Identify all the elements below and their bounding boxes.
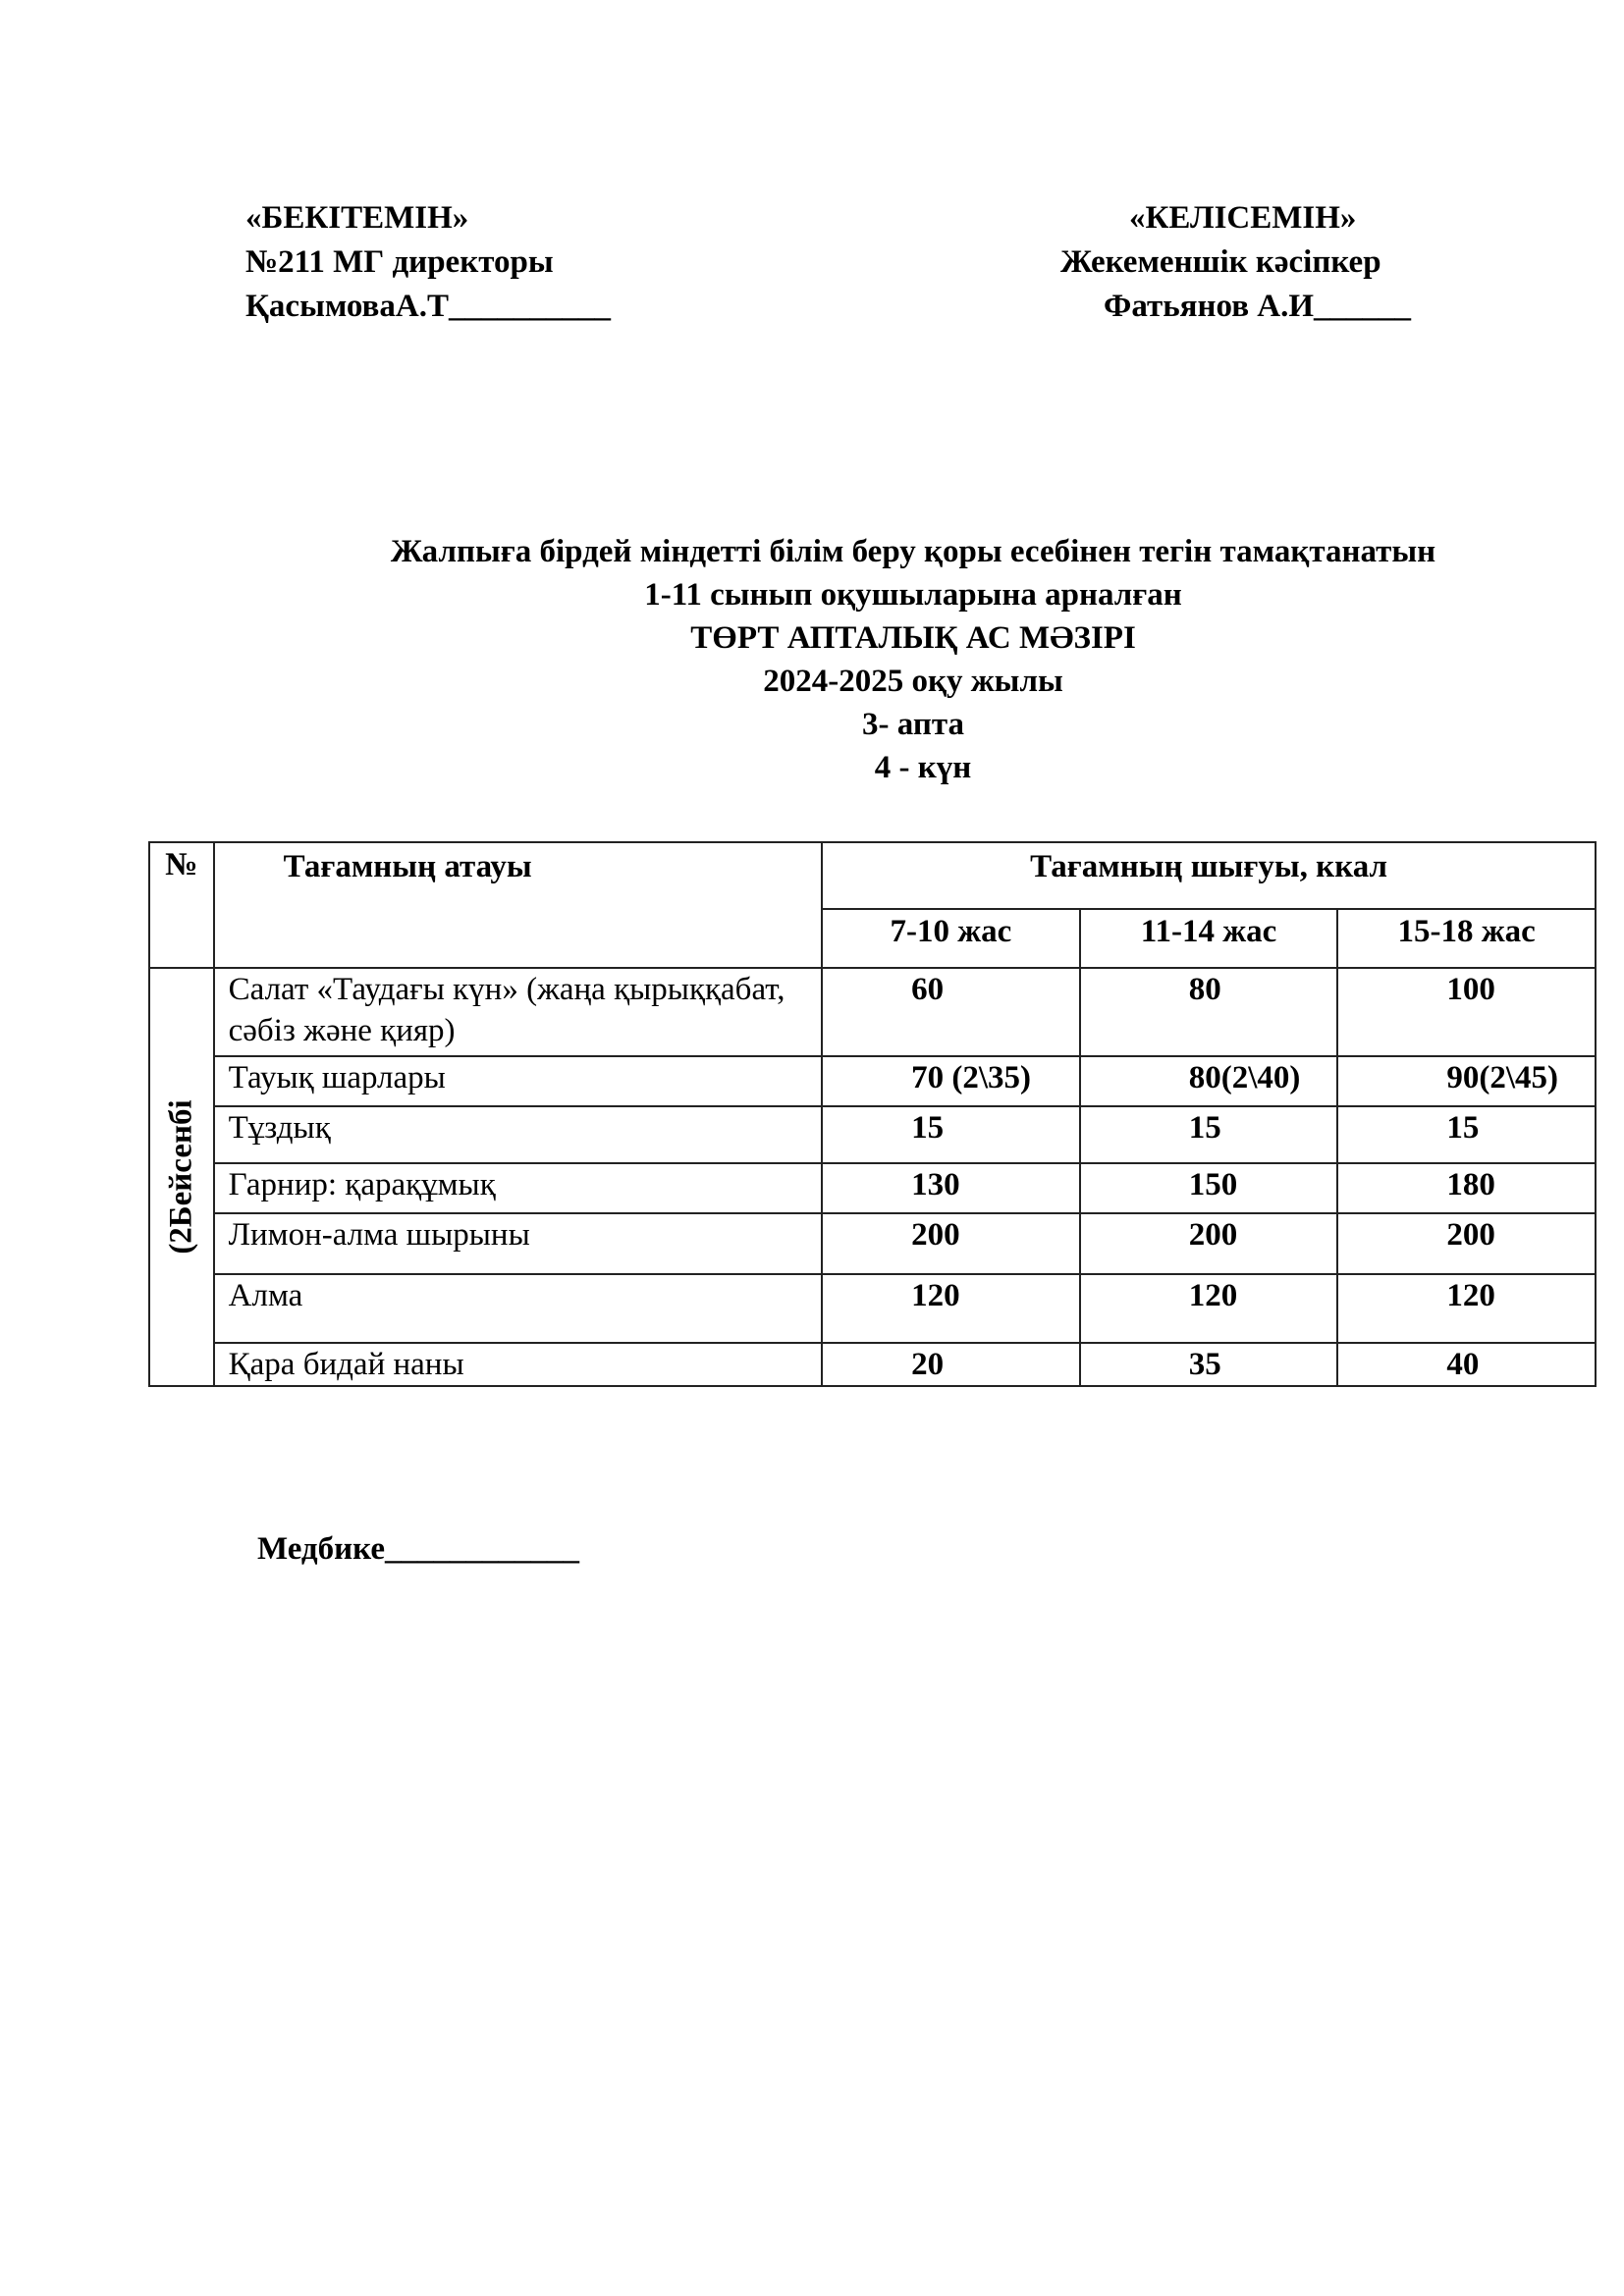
value-15-18: 100 [1337,968,1596,1056]
value-15-18: 180 [1337,1163,1596,1213]
dish-name: Алма [214,1274,822,1343]
approval-signatory: ҚасымоваА.Т__________ [245,285,611,329]
approval-position: №211 МГ директоры [245,240,611,285]
document-title: Жалпыға бірдей міндетті білім беру қоры … [226,530,1600,789]
value-15-18: 40 [1337,1343,1596,1386]
header-age-11-14: 11-14 жас [1080,909,1338,968]
value-7-10: 130 [822,1163,1080,1213]
value-15-18: 90(2\45) [1337,1056,1596,1106]
value-11-14: 120 [1080,1274,1338,1343]
value-7-10: 200 [822,1213,1080,1274]
value-15-18: 15 [1337,1106,1596,1163]
dish-name: Салат «Таудағы күн» (жаңа қырыққабат, сә… [214,968,822,1056]
value-7-10: 15 [822,1106,1080,1163]
value-7-10: 60 [822,968,1080,1056]
table-row: Алма 120 120 120 [149,1274,1596,1343]
dish-name: Гарнир: қарақұмық [214,1163,822,1213]
table-row: Қара бидай наны 20 35 40 [149,1343,1596,1386]
value-15-18: 200 [1337,1213,1596,1274]
value-7-10: 20 [822,1343,1080,1386]
value-11-14: 150 [1080,1163,1338,1213]
table-row: Гарнир: қарақұмық 130 150 180 [149,1163,1596,1213]
title-week: 3- апта [226,703,1600,746]
agreement-signatory: Фатьянов А.И______ [1060,285,1411,329]
approval-block-left: «БЕКІТЕМІН» №211 МГ директоры ҚасымоваА.… [245,196,611,329]
value-11-14: 80(2\40) [1080,1056,1338,1106]
value-7-10: 70 (2\35) [822,1056,1080,1106]
header-age-7-10: 7-10 жас [822,909,1080,968]
value-11-14: 80 [1080,968,1338,1056]
approval-block-right: «КЕЛІСЕМІН» Жекеменшік кәсіпкер Фатьянов… [1060,196,1411,329]
title-line-1: Жалпыға бірдей міндетті білім беру қоры … [226,530,1600,573]
header-output: Тағамның шығуы, ккал [822,842,1596,909]
table-row: Лимон-алма шырыны 200 200 200 [149,1213,1596,1274]
value-7-10: 120 [822,1274,1080,1343]
header-dish-name: Тағамның атауы [214,842,822,968]
dish-name: Тұздық [214,1106,822,1163]
dish-name: Қара бидай наны [214,1343,822,1386]
table-row: Тұздық 15 15 15 [149,1106,1596,1163]
title-line-4: 2024-2025 оқу жылы [226,660,1600,703]
day-label: (2Бейсенбі [163,1099,199,1254]
title-line-2: 1-11 сынып оқушыларына арналған [226,573,1600,616]
agreement-position: Жекеменшік кәсіпкер [1060,240,1411,285]
dish-name: Лимон-алма шырыны [214,1213,822,1274]
value-11-14: 15 [1080,1106,1338,1163]
menu-table: № Тағамның атауы Тағамның шығуы, ккал 7-… [148,841,1597,1387]
table-row: (2Бейсенбі Салат «Таудағы күн» (жаңа қыр… [149,968,1596,1056]
value-11-14: 200 [1080,1213,1338,1274]
nurse-signature: Медбике____________ [257,1531,579,1568]
table-row: Тауық шарлары 70 (2\35) 80(2\40) 90(2\45… [149,1056,1596,1106]
value-11-14: 35 [1080,1343,1338,1386]
header-number: № [149,842,214,968]
title-day: 4 - күн [226,746,1600,789]
approval-heading: «БЕКІТЕМІН» [245,196,611,240]
dish-name: Тауық шарлары [214,1056,822,1106]
title-line-3: ТӨРТ АПТАЛЫҚ АС МӘЗІРІ [226,616,1600,660]
agreement-heading: «КЕЛІСЕМІН» [1060,196,1411,240]
day-cell: (2Бейсенбі [149,968,214,1386]
header-age-15-18: 15-18 жас [1337,909,1596,968]
value-15-18: 120 [1337,1274,1596,1343]
